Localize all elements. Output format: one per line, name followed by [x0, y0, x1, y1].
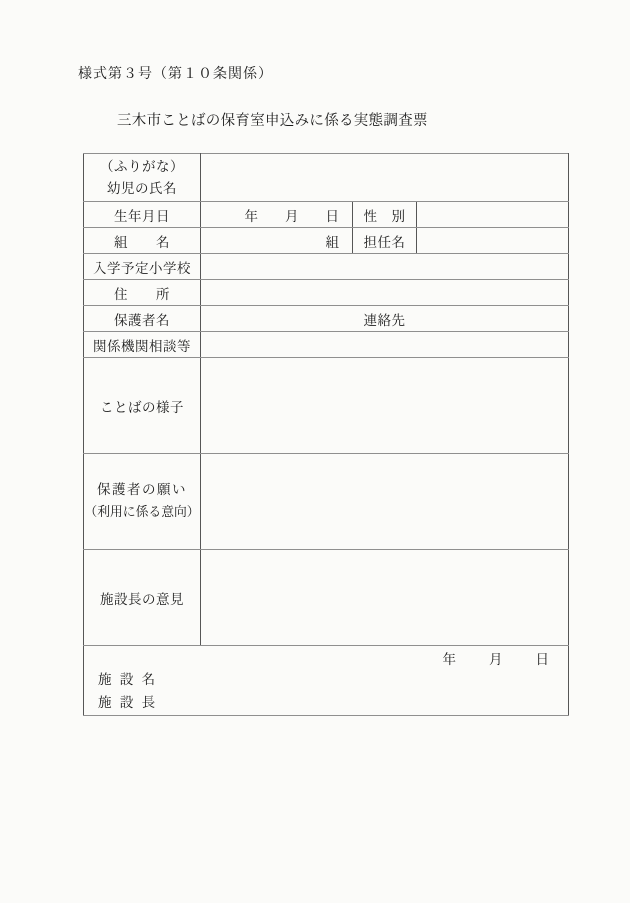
child-name-value-cell [201, 154, 569, 202]
row-guardian: 保護者名 連絡先 [84, 306, 569, 332]
sex-label: 性 別 [353, 202, 417, 228]
guardian-wish-sub-label: （利用に係る意向） [84, 501, 200, 525]
birth-date-value-cell: 年 月 日 [201, 202, 353, 228]
guardian-wish-value-cell [201, 454, 569, 550]
facility-name-label: 施 設 名 [84, 669, 568, 692]
contact-label: 連絡先 [364, 313, 406, 329]
address-value-cell [201, 280, 569, 306]
child-name-label: 幼児の氏名 [84, 178, 200, 200]
row-address: 住 所 [84, 280, 569, 306]
survey-table: （ふりがな） 幼児の氏名 生年月日 年 月 日 性 別 組 名 組 担任名 入学… [83, 153, 569, 716]
director-opinion-label: 施設長の意見 [84, 550, 201, 646]
furigana-label: （ふりがな） [84, 156, 200, 178]
footer-cell: 年 月 日 施 設 名 施 設 長 [84, 646, 569, 716]
row-footer: 年 月 日 施 設 名 施 設 長 [84, 646, 569, 716]
facility-director-label: 施 設 長 [84, 692, 568, 715]
class-name-label: 組 名 [84, 228, 201, 254]
row-speech-condition: ことばの様子 [84, 358, 569, 454]
row-guardian-wish: 保護者の願い （利用に係る意向） [84, 454, 569, 550]
row-class-name: 組 名 組 担任名 [84, 228, 569, 254]
footer-date-units: 年 月 日 [84, 646, 568, 669]
planned-school-label: 入学予定小学校 [84, 254, 201, 280]
address-label: 住 所 [84, 280, 201, 306]
page-title: 三木市ことばの保育室申込みに係る実態調査票 [117, 109, 428, 130]
guardian-wish-label: 保護者の願い [84, 479, 200, 501]
teacher-value-cell [417, 228, 569, 254]
guardian-value-cell: 連絡先 [201, 306, 569, 332]
row-planned-school: 入学予定小学校 [84, 254, 569, 280]
related-agencies-label: 関係機関相談等 [84, 332, 201, 358]
speech-condition-value-cell [201, 358, 569, 454]
sex-value-cell [417, 202, 569, 228]
guardian-wish-label-cell: 保護者の願い （利用に係る意向） [84, 454, 201, 550]
birth-date-label: 生年月日 [84, 202, 201, 228]
row-related-agencies: 関係機関相談等 [84, 332, 569, 358]
form-number: 様式第３号（第１０条関係） [78, 63, 273, 83]
row-director-opinion: 施設長の意見 [84, 550, 569, 646]
guardian-label: 保護者名 [84, 306, 201, 332]
row-birth-date: 生年月日 年 月 日 性 別 [84, 202, 569, 228]
child-name-label-cell: （ふりがな） 幼児の氏名 [84, 154, 201, 202]
related-agencies-value-cell [201, 332, 569, 358]
planned-school-value-cell [201, 254, 569, 280]
speech-condition-label: ことばの様子 [84, 358, 201, 454]
class-name-value-cell: 組 [201, 228, 353, 254]
document-page: 様式第３号（第１０条関係） 三木市ことばの保育室申込みに係る実態調査票 （ふりが… [0, 0, 630, 903]
teacher-label: 担任名 [353, 228, 417, 254]
row-child-name: （ふりがな） 幼児の氏名 [84, 154, 569, 202]
director-opinion-value-cell [201, 550, 569, 646]
